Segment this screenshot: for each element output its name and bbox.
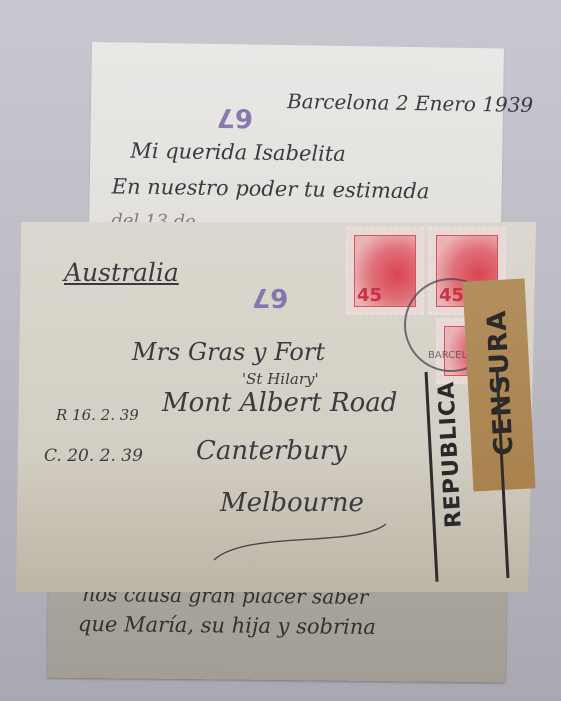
house-name: 'St Hilary'	[242, 370, 319, 388]
letter-sheet-top: Barcelona 2 Enero 1939 67 Mi querida Isa…	[89, 42, 504, 248]
censor-stamp: REPUBLICA	[425, 368, 510, 582]
city: Melbourne	[220, 488, 364, 518]
destination-country: Australia	[64, 258, 179, 287]
replied-note: C. 20. 2. 39	[44, 446, 143, 466]
letter-line-1: En nuestro poder tu estimada	[112, 174, 430, 203]
letter-greeting: Mi querida Isabelita	[130, 139, 346, 166]
photo-scene: Barcelona 2 Enero 1939 67 Mi querida Isa…	[0, 0, 561, 701]
signature-flourish	[206, 520, 406, 570]
censor-text-republica: REPUBLICA	[434, 380, 467, 528]
suburb: Canterbury	[196, 436, 347, 466]
envelope-censor-number-text: 67	[252, 282, 288, 312]
letter-censor-number: 67	[217, 102, 254, 133]
street-address: Mont Albert Road	[162, 388, 397, 418]
stamp-value: 45	[357, 285, 382, 306]
letter-dateline: Barcelona 2 Enero 1939	[287, 89, 533, 117]
received-note: R 16. 2. 39	[56, 406, 139, 424]
envelope-censor-number: 67	[252, 282, 288, 312]
letter-bottom-line-2: que María, su hija y sobrina	[78, 612, 376, 639]
recipient-name: Mrs Gras y Fort	[132, 338, 325, 366]
